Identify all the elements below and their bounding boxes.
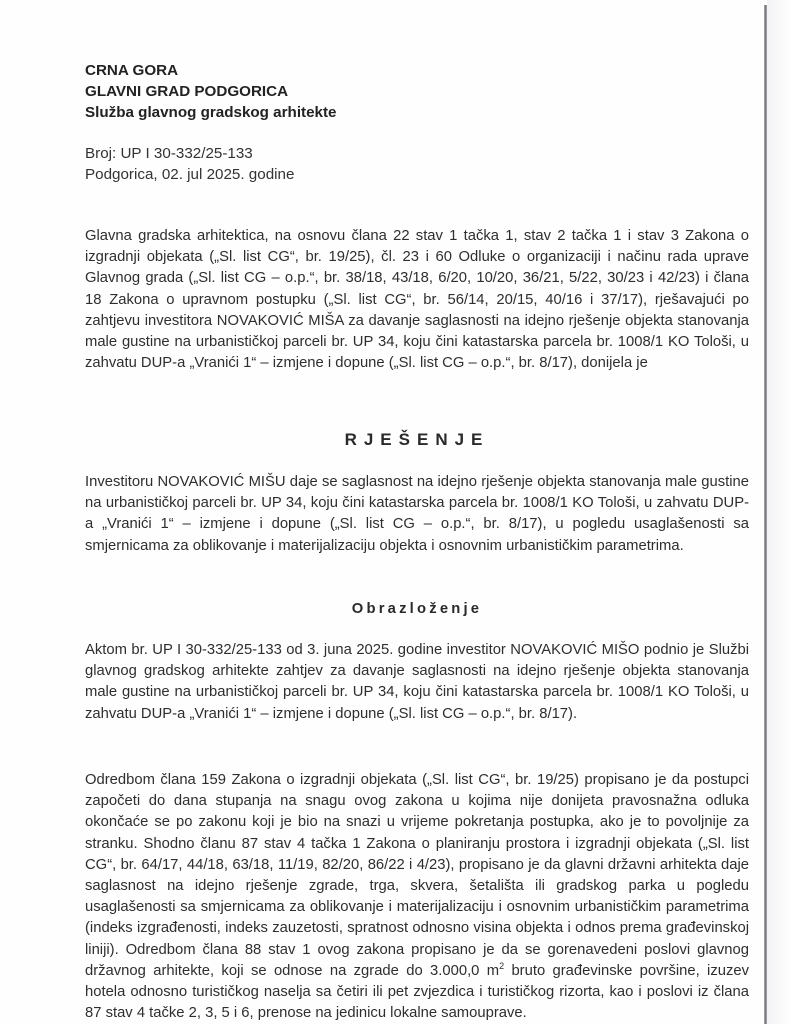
document-content: CRNA GORA GLAVNI GRAD PODGORICA Služba g… (85, 60, 749, 185)
document-meta: Broj: UP I 30-332/25-133 Podgorica, 02. … (85, 143, 749, 185)
letterhead: CRNA GORA GLAVNI GRAD PODGORICA Služba g… (85, 60, 749, 123)
letterhead-city: GLAVNI GRAD PODGORICA (85, 81, 749, 102)
law-text-part1: Odredbom člana 159 Zakona o izgradnji ob… (85, 772, 749, 979)
explanation-law-paragraph: Odredbom člana 159 Zakona o izgradnji ob… (85, 770, 749, 1024)
explanation-act-paragraph: Aktom br. UP I 30-332/25-133 od 3. juna … (85, 640, 749, 725)
scan-edge-shadow (767, 0, 793, 1024)
decision-paragraph: Investitoru NOVAKOVIĆ MIŠU daje se sagla… (85, 472, 749, 557)
place-and-date: Podgorica, 02. jul 2025. godine (85, 164, 749, 185)
decision-title: RJEŠENJE (85, 430, 749, 450)
document-page: CRNA GORA GLAVNI GRAD PODGORICA Služba g… (0, 0, 793, 1024)
explanation-title: Obrazloženje (85, 601, 749, 617)
intro-paragraph: Glavna gradska arhitektica, na osnovu čl… (85, 226, 749, 374)
letterhead-office: Služba glavnog gradskog arhitekte (85, 102, 749, 123)
reference-number: Broj: UP I 30-332/25-133 (85, 143, 749, 164)
letterhead-country: CRNA GORA (85, 60, 749, 81)
